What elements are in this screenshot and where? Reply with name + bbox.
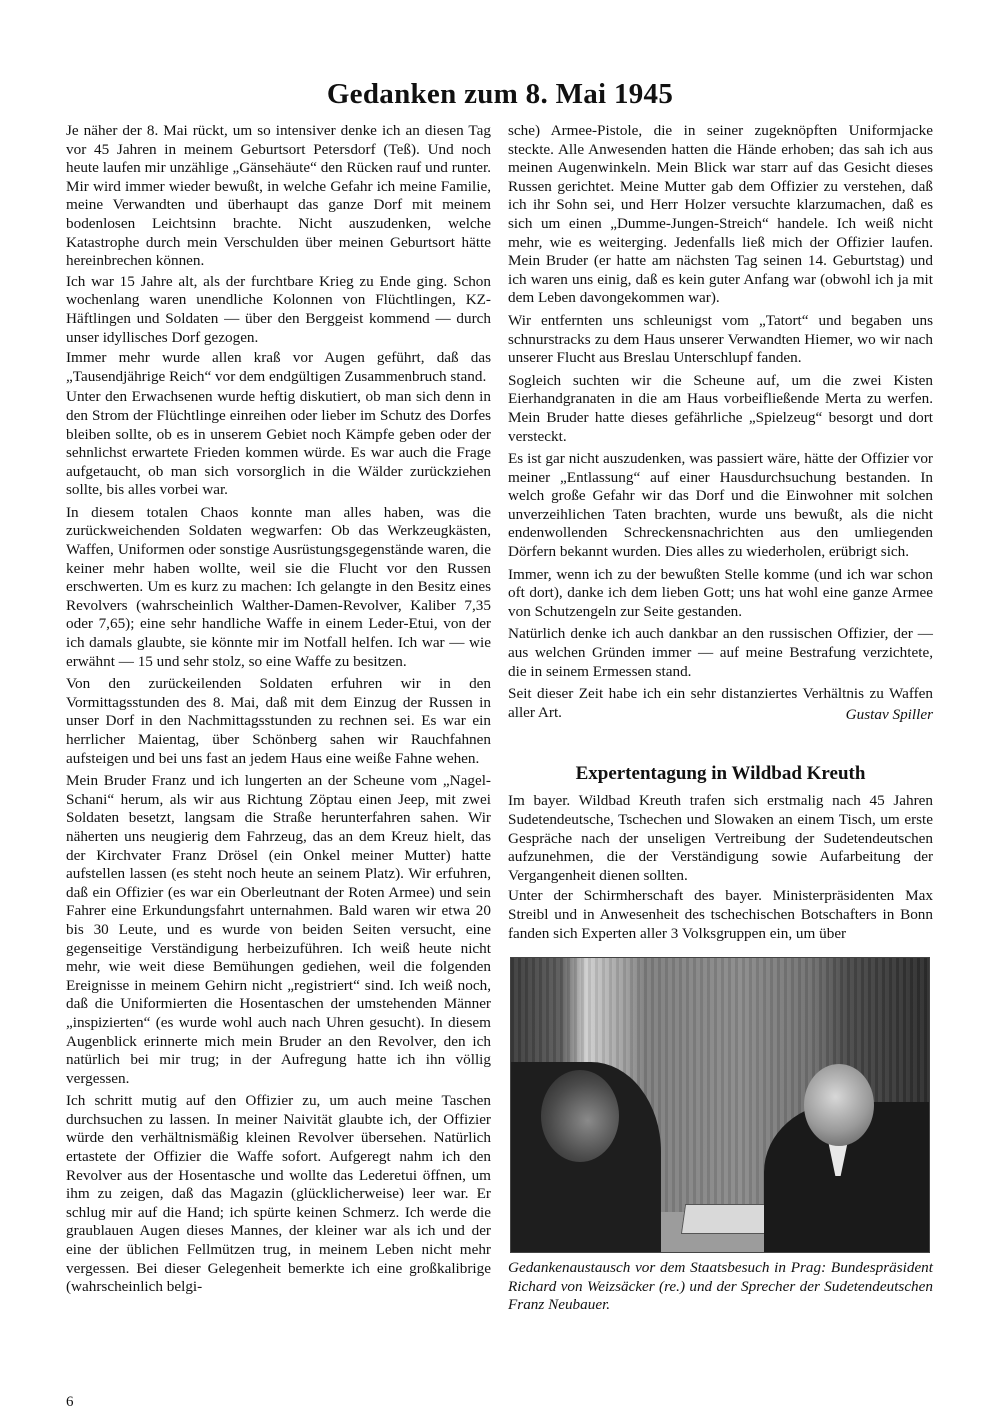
article-right-column: sche) Armee-Pistole, die in seiner zugek…: [508, 122, 933, 1315]
article-paragraph: In diesem totalen Chaos konnte man alles…: [66, 504, 491, 671]
article-paragraph: Immer, wenn ich zu der bewußten Stelle k…: [508, 566, 933, 622]
article-paragraph: Ich war 15 Jahre alt, als der furchtbare…: [66, 273, 491, 347]
article-paragraph: Ich schritt mutig auf den Offizier zu, u…: [66, 1092, 491, 1297]
article-paragraph: Natürlich denke ich auch dankbar an den …: [508, 625, 933, 681]
article-paragraph: Von den zurückeilenden Soldaten erfuhren…: [66, 675, 491, 768]
page-number: 6: [66, 1394, 74, 1411]
page-title: Gedanken zum 8. Mai 1945: [0, 78, 1000, 111]
second-article-paragraph: Unter der Schirmherschaft des bayer. Min…: [508, 887, 933, 943]
article-left-column: Je näher der 8. Mai rückt, um so intensi…: [66, 122, 491, 1299]
article-paragraph: Unter den Erwachsenen wurde heftig disku…: [66, 388, 491, 500]
author-signature: Gustav Spiller: [508, 706, 933, 725]
article-paragraph: Mein Bruder Franz und ich lungerten an d…: [66, 772, 491, 1088]
photo-head-right: [804, 1064, 874, 1146]
photo-caption: Gedankenaustausch vor dem Staatsbesuch i…: [508, 1259, 933, 1315]
second-article-title: Expertentagung in Wildbad Kreuth: [508, 762, 933, 786]
article-paragraph: Es ist gar nicht auszudenken, was passie…: [508, 450, 933, 562]
second-article-paragraph: Im bayer. Wildbad Kreuth trafen sich ers…: [508, 792, 933, 885]
news-photo: [510, 957, 930, 1253]
article-paragraph: Immer mehr wurde allen kraß vor Augen ge…: [66, 349, 491, 386]
article-paragraph: Wir entfernten uns schleunigst vom „Tato…: [508, 312, 933, 368]
article-paragraph: Je näher der 8. Mai rückt, um so intensi…: [66, 122, 491, 271]
article-paragraph: Sogleich suchten wir die Scheune auf, um…: [508, 372, 933, 446]
article-paragraph: sche) Armee-Pistole, die in seiner zugek…: [508, 122, 933, 308]
photo-head-left: [541, 1070, 619, 1162]
